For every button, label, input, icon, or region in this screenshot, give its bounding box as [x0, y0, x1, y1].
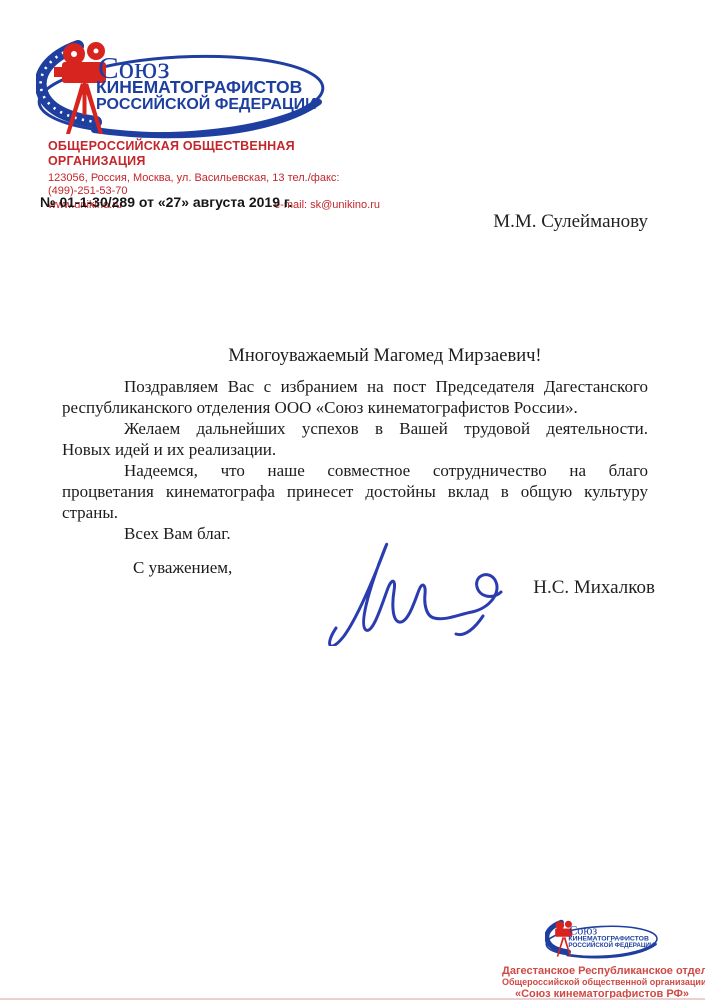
- closing-regards: С уважением,: [133, 558, 232, 578]
- branch-org-type: Общероссийской общественной организации: [502, 977, 702, 988]
- body-line: республиканского отделения ООО «Союз кин…: [62, 397, 648, 418]
- body-line: Поздравляем Вас с избранием на пост Пред…: [62, 376, 648, 397]
- body-line: Желаем дальнейших успехов в Вашей трудов…: [62, 418, 648, 439]
- logo-line3-text: РОССИЙСКОЙ ФЕДЕРАЦИИ: [96, 94, 317, 113]
- body-text: Поздравляем Вас с избранием на пост Пред…: [62, 376, 648, 544]
- body-line: Надеемся, что наше совместное сотрудниче…: [62, 460, 648, 481]
- branch-name: Дагестанское Республиканское отделение: [502, 965, 702, 977]
- union-logo: Союз КИНЕМАТОГРАФИСТОВ РОССИЙСКОЙ ФЕДЕРА…: [36, 38, 328, 150]
- logo-line2-text: КИНЕМАТОГРАФИСТОВ: [96, 77, 302, 97]
- branch-mini-logo: Союз КИНЕМАТОГРАФИСТОВ РОССИЙСКОЙ ФЕДЕРА…: [545, 919, 659, 963]
- reference-number: № 01-1-30/289 от «27» августа 2019 г.: [40, 194, 292, 210]
- body-line: процветания кинематографа принесет досто…: [62, 481, 648, 502]
- addressee-name: М.М. Сулейманову: [62, 211, 648, 233]
- signer-name: Н.С. Михалков: [480, 577, 655, 599]
- branch-stamp: Союз КИНЕМАТОГРАФИСТОВ РОССИЙСКОЙ ФЕДЕРА…: [502, 919, 702, 1000]
- salutation: Многоуважаемый Магомед Мирзаевич!: [62, 346, 648, 367]
- body-line: Новых идей и их реализации.: [62, 439, 648, 460]
- letter-page: Союз КИНЕМАТОГРАФИСТОВ РОССИЙСКОЙ ФЕДЕРА…: [0, 0, 705, 1000]
- mini-logo-line3-text: РОССИЙСКОЙ ФЕДЕРАЦИИ: [568, 941, 654, 949]
- branch-mini-logo-graphic: Союз КИНЕМАТОГРАФИСТОВ РОССИЙСКОЙ ФЕДЕРА…: [545, 919, 659, 963]
- organization-type: ОБЩЕРОССИЙСКАЯ ОБЩЕСТВЕННАЯ ОРГАНИЗАЦИЯ: [48, 139, 380, 169]
- body-line: страны.: [62, 502, 648, 523]
- union-logo-graphic: Союз КИНЕМАТОГРАФИСТОВ РОССИЙСКОЙ ФЕДЕРА…: [36, 38, 328, 150]
